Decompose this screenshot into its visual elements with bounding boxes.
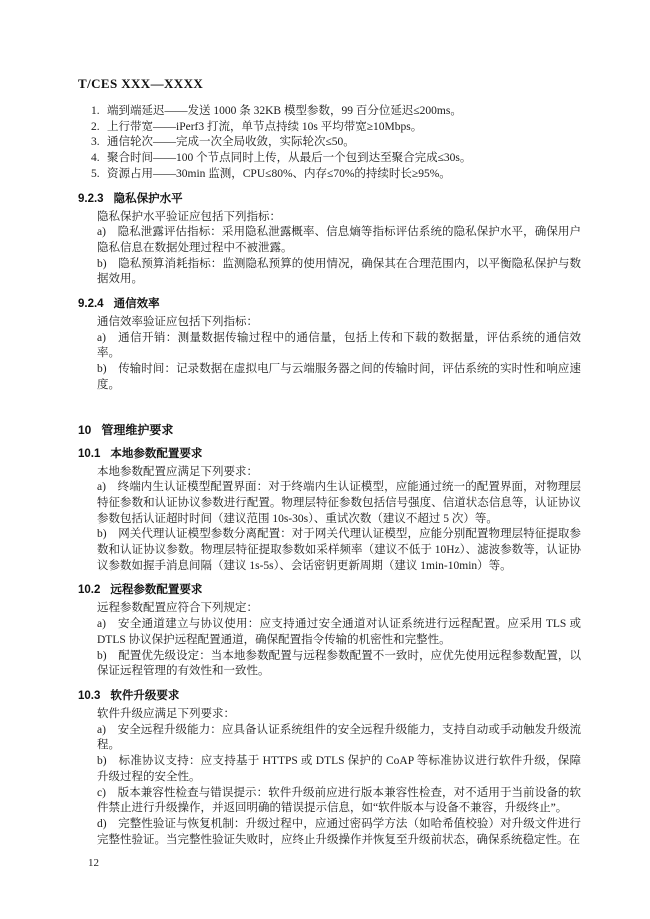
paragraph: 远程参数配置应符合下列规定： (97, 601, 581, 617)
paragraph: a) 安全通道建立与协议使用：应支持通过安全通道对认证系统进行远程配置。应采用 … (97, 617, 581, 648)
list-item-number: 2. (91, 120, 107, 136)
paragraph: b) 配置优先级设定：当本地参数配置与远程参数配置不一致时，应优先使用远程参数配… (97, 649, 581, 680)
paragraph: d) 完整性验证与恢复机制：升级过程中，应通过密码学方法（如哈希值校验）对升级文… (97, 817, 581, 848)
section-heading-9-2-4: 9.2.4通信效率 (78, 297, 581, 312)
section-body-9-2-3: 隐私保护水平验证应包括下列指标： a) 隐私泄露评估指标：采用隐私泄露概率、信息… (97, 210, 581, 289)
list-item: 2.上行带宽——iPerf3 打流，单节点持续 10s 平均带宽≥10Mbps。 (91, 120, 581, 136)
list-item: 4.聚合时间——100 个节点同时上传，从最后一个包到达至聚合完成≤30s。 (91, 151, 581, 167)
list-item-number: 3. (91, 135, 107, 151)
section-body-10-3: 软件升级应满足下列要求： a) 安全远程升级能力：应具备认证系统组件的安全远程升… (97, 707, 581, 848)
section-number: 9.2.4 (78, 298, 104, 310)
paragraph: 软件升级应满足下列要求： (97, 707, 581, 723)
section-body-10-1: 本地参数配置应满足下列要求： a) 终端内生认证模型配置界面：对于终端内生认证模… (97, 465, 581, 575)
document-page: T/CES XXX—XXXX 1.端到端延迟——发送 1000 条 32KB 模… (0, 0, 650, 919)
paragraph: b) 标准协议支持：应支持基于 HTTPS 或 DTLS 保护的 CoAP 等标… (97, 754, 581, 785)
list-item-text: 资源占用——30min 监测，CPU≤80%、内存≤70%的持续时长≥95%。 (107, 167, 581, 183)
section-title: 远程参数配置要求 (110, 584, 202, 596)
list-item-text: 上行带宽——iPerf3 打流，单节点持续 10s 平均带宽≥10Mbps。 (107, 120, 581, 136)
paragraph: b) 隐私预算消耗指标：监测隐私预算的使用情况，确保其在合理范围内，以平衡隐私保… (97, 257, 581, 288)
section-title: 本地参数配置要求 (110, 448, 202, 460)
section-body-10-2: 远程参数配置应符合下列规定： a) 安全通道建立与协议使用：应支持通过安全通道对… (97, 601, 581, 680)
list-item: 5.资源占用——30min 监测，CPU≤80%、内存≤70%的持续时长≥95%… (91, 167, 581, 183)
paragraph: 本地参数配置应满足下列要求： (97, 465, 581, 481)
paragraph: 通信效率验证应包括下列指标： (97, 315, 581, 331)
paragraph: b) 网关代理认证模型参数分离配置：对于网关代理认证模型，应能分别配置物理层特征… (97, 527, 581, 574)
metric-list: 1.端到端延迟——发送 1000 条 32KB 模型参数，99 百分位延迟≤20… (91, 104, 581, 183)
section-heading-10-1: 10.1本地参数配置要求 (78, 447, 581, 462)
paragraph: b) 传输时间：记录数据在虚拟电厂与云端服务器之间的传输时间，评估系统的实时性和… (97, 362, 581, 393)
chapter-heading-10: 10管理维护要求 (78, 422, 581, 438)
list-item: 1.端到端延迟——发送 1000 条 32KB 模型参数，99 百分位延迟≤20… (91, 104, 581, 120)
list-item-text: 通信轮次——完成一次全局收敛，实际轮次≤50。 (107, 135, 581, 151)
list-item-number: 4. (91, 151, 107, 167)
list-item-text: 聚合时间——100 个节点同时上传，从最后一个包到达至聚合完成≤30s。 (107, 151, 581, 167)
list-item: 3.通信轮次——完成一次全局收敛，实际轮次≤50。 (91, 135, 581, 151)
section-body-9-2-4: 通信效率验证应包括下列指标： a) 通信开销：测量数据传输过程中的通信量，包括上… (97, 315, 581, 394)
section-number: 9.2.3 (78, 193, 104, 205)
section-number: 10.2 (78, 584, 100, 596)
section-number: 10.3 (78, 690, 100, 702)
running-header: T/CES XXX—XXXX (78, 77, 581, 91)
section-title: 隐私保护水平 (114, 193, 183, 205)
section-heading-10-2: 10.2远程参数配置要求 (78, 583, 581, 598)
paragraph: a) 安全远程升级能力：应具备认证系统组件的安全远程升级能力，支持自动或手动触发… (97, 723, 581, 754)
section-number: 10.1 (78, 448, 100, 460)
paragraph: c) 版本兼容性检查与错误提示：软件升级前应进行版本兼容性检查，对不适用于当前设… (97, 786, 581, 817)
section-heading-10-3: 10.3软件升级要求 (78, 689, 581, 704)
section-number: 10 (78, 423, 91, 437)
section-title: 通信效率 (114, 298, 160, 310)
paragraph: a) 终端内生认证模型配置界面：对于终端内生认证模型，应能通过统一的配置界面，对… (97, 480, 581, 527)
paragraph: a) 通信开销：测量数据传输过程中的通信量，包括上传和下载的数据量，评估系统的通… (97, 331, 581, 362)
list-item-number: 5. (91, 167, 107, 183)
section-title: 软件升级要求 (110, 690, 179, 702)
paragraph: 隐私保护水平验证应包括下列指标： (97, 210, 581, 226)
paragraph: a) 隐私泄露评估指标：采用隐私泄露概率、信息熵等指标评估系统的隐私保护水平，确… (97, 225, 581, 256)
section-title: 管理维护要求 (101, 423, 173, 437)
list-item-number: 1. (91, 104, 107, 120)
page-number: 12 (88, 856, 99, 870)
section-heading-9-2-3: 9.2.3隐私保护水平 (78, 192, 581, 207)
list-item-text: 端到端延迟——发送 1000 条 32KB 模型参数，99 百分位延迟≤200m… (107, 104, 581, 120)
page-content: T/CES XXX—XXXX 1.端到端延迟——发送 1000 条 32KB 模… (78, 77, 581, 848)
